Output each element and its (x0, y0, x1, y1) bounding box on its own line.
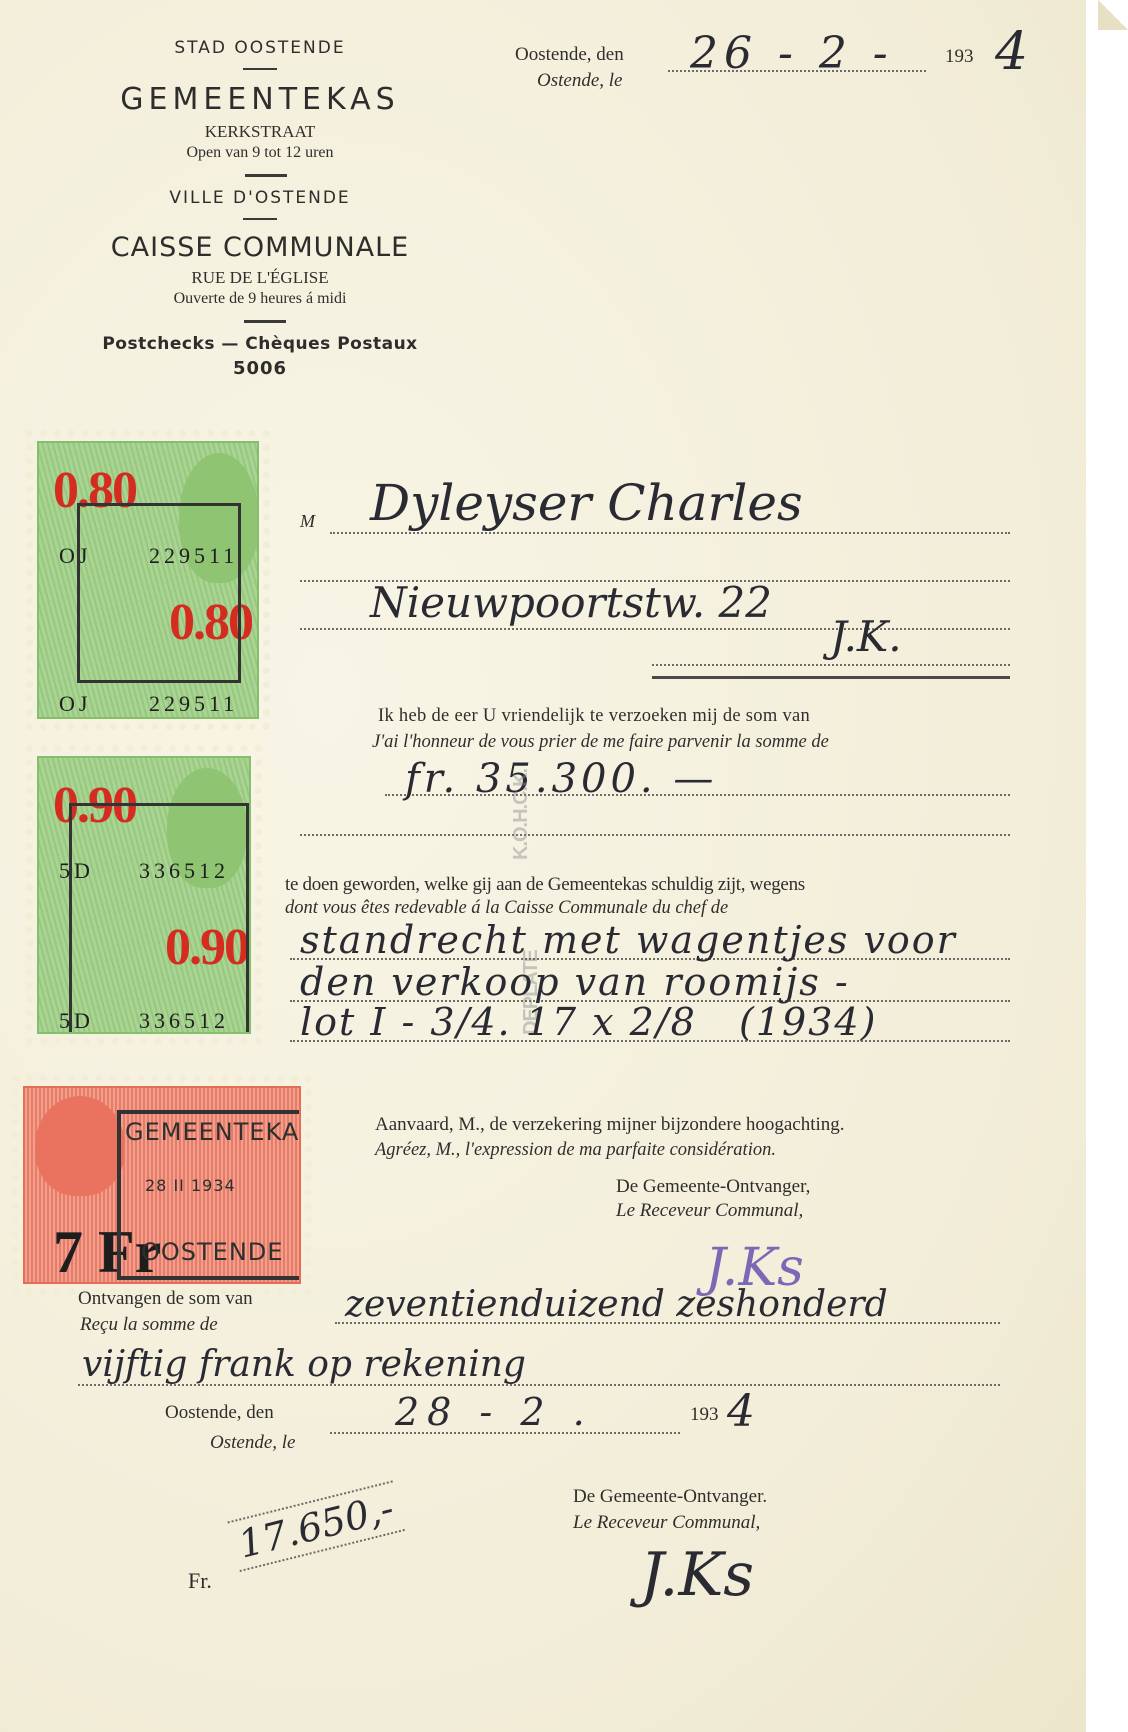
signer-title-fr: Le Receveur Communal, (616, 1200, 803, 1222)
revenue-stamp-090: 0.90 5D 336512 0.90 5D 336512 (26, 745, 262, 1045)
year-suffix: 4 (995, 22, 1028, 82)
receipt-date-label-fr: Ostende, le (210, 1432, 295, 1454)
city-nl: STAD OOSTENDE (110, 38, 410, 58)
divider (243, 68, 277, 70)
street-nl: KERKSTRAAT (110, 122, 410, 142)
city-fr: VILLE D'OSTENDE (110, 188, 410, 208)
receipt-fr-label: Fr. (188, 1568, 212, 1594)
hours-nl: Open van 9 tot 12 uren (110, 144, 410, 162)
reason-handwritten-3: lot I - 3/4. 17 x 2/8 (1934) (300, 1000, 877, 1044)
signer-title-nl: De Gemeente-Ontvanger, (616, 1176, 810, 1198)
receipt-words-2: vijftig frank op rekening (82, 1344, 526, 1385)
office-title-fr: CAISSE COMMUNALE (70, 232, 450, 263)
addressee-initials: J.K. (830, 612, 902, 661)
addressee-name: Dyleyser Charles (370, 474, 803, 532)
closing-text-nl: Aanvaard, M., de verzekering mijner bijz… (375, 1114, 845, 1136)
receipt-date-handwritten: 28 - 2 . (395, 1390, 593, 1434)
date-label-fr: Ostende, le (537, 70, 622, 92)
receipt-signer-nl: De Gemeente-Ontvanger. (573, 1486, 767, 1508)
receipt-words-1: zeventienduizend zeshonderd (345, 1284, 888, 1325)
address-line-2 (300, 628, 1010, 630)
stamp-series: OJ (59, 691, 91, 717)
reason-handwritten-2: den verkoop van roomijs - (300, 960, 850, 1004)
date-label-nl: Oostende, den (515, 44, 624, 66)
receipt-signer-fr: Le Receveur Communal, (573, 1512, 760, 1534)
hours-fr: Ouverte de 9 heures á midi (110, 290, 410, 308)
receipt-date-label-nl: Oostende, den (165, 1402, 274, 1424)
office-title-nl: GEMEENTEKAS (70, 82, 450, 117)
address-line-3 (652, 664, 1010, 666)
receipt-year-suffix: 4 (727, 1386, 755, 1437)
watermark: K.O.H.C.K. (510, 740, 533, 860)
address-underline (652, 676, 1010, 679)
request-text-nl: Ik heb de eer U vriendelijk te verzoeken… (378, 706, 810, 727)
addressee-prefix: M (300, 511, 315, 532)
name-line (330, 532, 1010, 534)
stamp-number: 229511 (149, 691, 238, 717)
cancellation-box (69, 803, 249, 1034)
date-handwritten: 26 - 2 - (690, 28, 894, 79)
reason-text-nl: te doen geworden, welke gij aan de Gemee… (285, 874, 805, 896)
addressee-address: Nieuwpoortstw. 22 (370, 578, 772, 627)
cancel-date: 28 II 1934 (145, 1176, 236, 1195)
request-text-fr: J'ai l'honneur de vous prier de me faire… (372, 732, 829, 753)
folded-corner (1098, 0, 1128, 30)
cancellation-box (77, 503, 241, 683)
stamp-portrait (35, 1096, 125, 1196)
street-fr: RUE DE L'ÉGLISE (110, 268, 410, 288)
reason-text-fr: dont vous êtes redevable á la Caisse Com… (285, 898, 728, 919)
divider (245, 174, 287, 177)
revenue-stamp-080: 0.80 OJ 229511 0.80 OJ 229511 (26, 430, 270, 730)
divider (244, 320, 286, 323)
reason-handwritten-1: standrecht met wagentjes voor (300, 918, 957, 962)
receipt-signature: J.Ks (640, 1540, 754, 1610)
divider (243, 218, 277, 220)
cancel-bottom: OOSTENDE (141, 1238, 283, 1266)
receipt-label-fr: Reçu la somme de (80, 1314, 218, 1336)
revenue-stamp-7fr: 7 Fr GEMEENTEKAS 28 II 1934 OOSTENDE (12, 1075, 312, 1295)
receipt-year-prefix: 193 (690, 1404, 719, 1426)
cancel-top: GEMEENTEKAS (125, 1118, 301, 1146)
receipt-label-nl: Ontvangen de som van (78, 1288, 253, 1310)
postal-checks-label: Postchecks — Chèques Postaux (80, 334, 440, 354)
requested-amount: fr. 35.300. — (405, 756, 717, 802)
closing-text-fr: Agréez, M., l'expression de ma parfaite … (375, 1140, 776, 1161)
postal-number: 5006 (210, 358, 310, 379)
year-prefix: 193 (945, 46, 974, 68)
amount-line-2 (300, 834, 1010, 836)
